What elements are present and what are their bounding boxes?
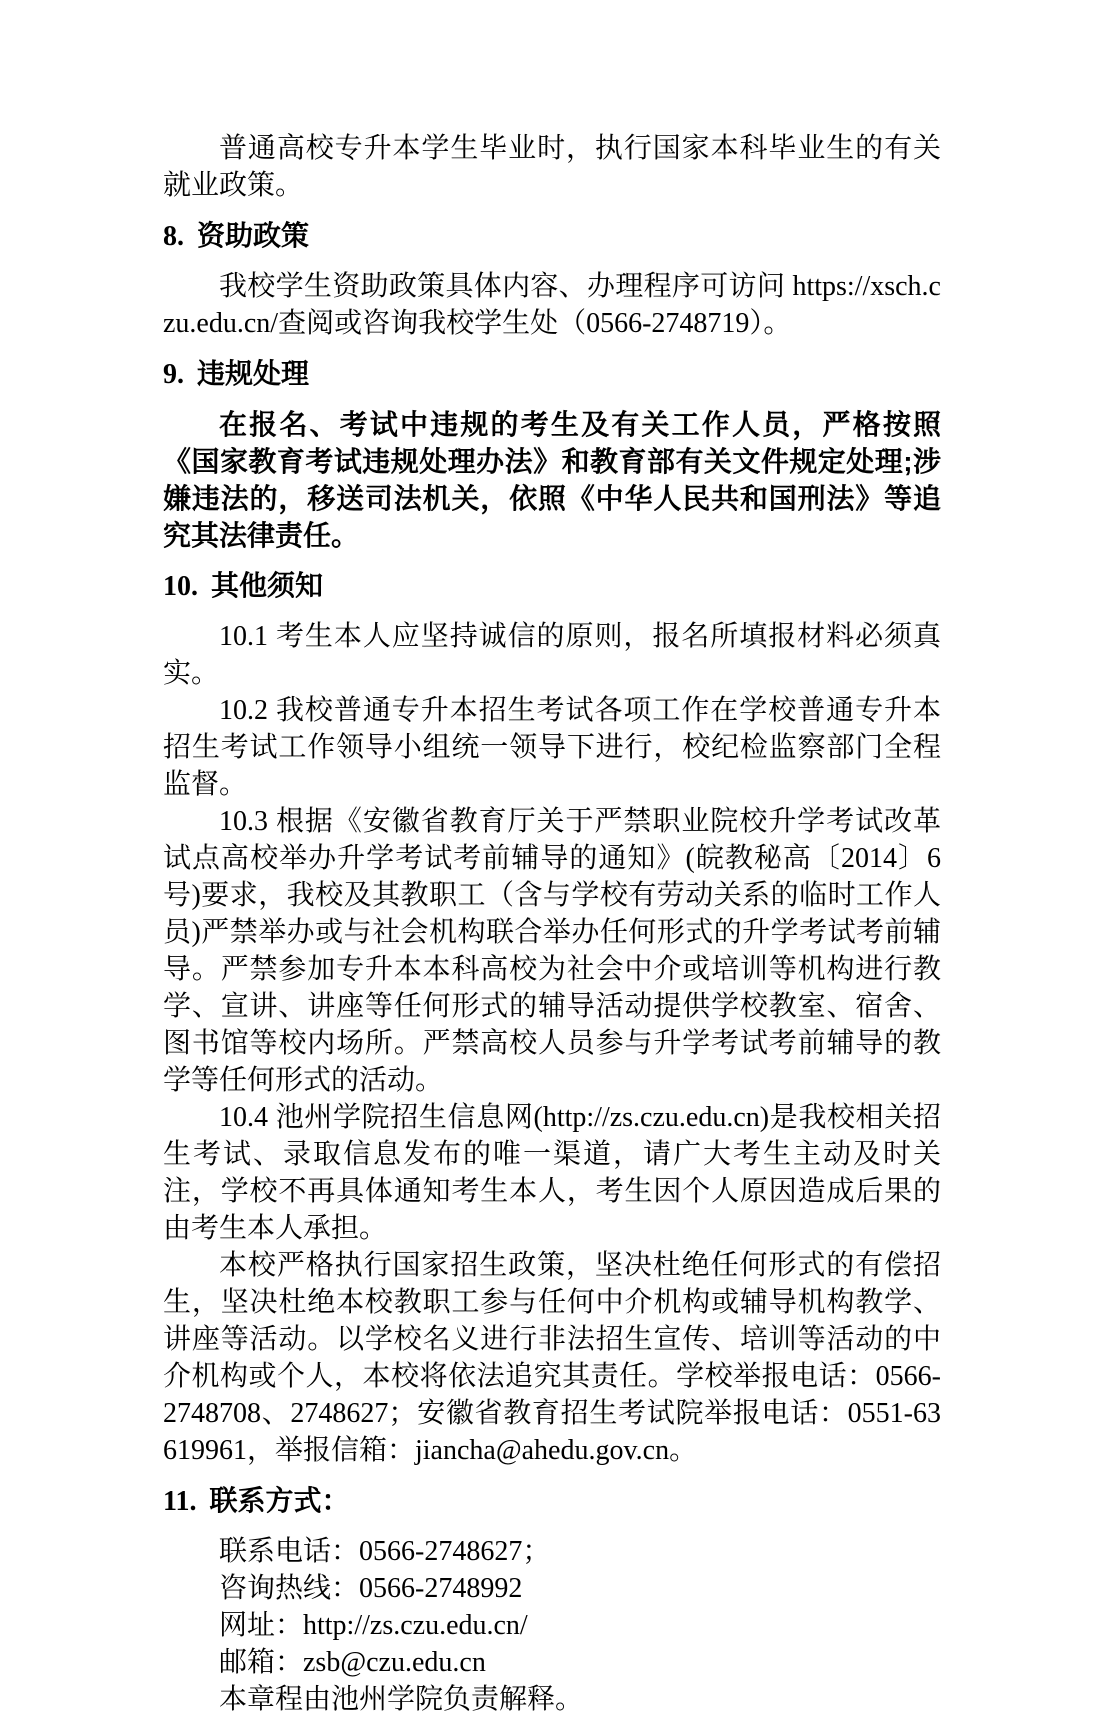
section-11-number: 11. [163, 1483, 196, 1520]
contact-website-line: 网址：http://zs.czu.edu.cn/ [163, 1607, 941, 1644]
section-10-paragraph-3: 10.3 根据《安徽省教育厅关于严禁职业院校升学考试改革试点高校举办升学考试考前… [163, 803, 941, 1099]
section-10-paragraph-4: 10.4 池州学院招生信息网(http://zs.czu.edu.cn)是我校相… [163, 1099, 941, 1247]
section-8-number: 8. [163, 218, 184, 255]
section-11-heading: 11.联系方式： [163, 1482, 941, 1520]
contact-email-line: 邮箱：zsb@czu.edu.cn [163, 1644, 941, 1681]
section-10-heading: 10.其他须知 [163, 567, 941, 605]
section-9-paragraph: 在报名、考试中违规的考生及有关工作人员，严格按照《国家教育考试违规处理办法》和教… [163, 406, 941, 554]
section-10-paragraph-2: 10.2 我校普通专升本招生考试各项工作在学校普通专升本招生考试工作领导小组统一… [163, 692, 941, 803]
section-contact-info: 11.联系方式： 联系电话：0566-2748627； 咨询热线：0566-27… [163, 1482, 941, 1718]
section-11-title: 联系方式： [209, 1485, 349, 1516]
section-8-heading: 8.资助政策 [163, 217, 941, 255]
section-9-title: 违规处理 [197, 358, 309, 389]
section-8-title: 资助政策 [197, 220, 309, 251]
section-10-paragraph-5: 本校严格执行国家招生政策，坚决杜绝任何形式的有偿招生，坚决杜绝本校教职工参与任何… [163, 1247, 941, 1469]
paragraph-employment-policy: 普通高校专升本学生毕业时，执行国家本科毕业生的有关就业政策。 [163, 130, 941, 204]
contact-phone-line: 联系电话：0566-2748627； [163, 1533, 941, 1570]
document-page: 普通高校专升本学生毕业时，执行国家本科毕业生的有关就业政策。 8.资助政策 我校… [0, 0, 1102, 1559]
section-9-number: 9. [163, 356, 184, 393]
contact-hotline-line: 咨询热线：0566-2748992 [163, 1570, 941, 1607]
section-8-paragraph: 我校学生资助政策具体内容、办理程序可访问 https://xsch.czu.ed… [163, 268, 941, 342]
section-other-notes: 10.其他须知 10.1 考生本人应坚持诚信的原则，报名所填报材料必须真实。 1… [163, 567, 941, 1469]
interpretation-statement: 本章程由池州学院负责解释。 [163, 1681, 941, 1718]
contact-block: 联系电话：0566-2748627； 咨询热线：0566-2748992 网址：… [163, 1533, 941, 1718]
section-10-number: 10. [163, 568, 198, 605]
section-funding-policy: 8.资助政策 我校学生资助政策具体内容、办理程序可访问 https://xsch… [163, 217, 941, 342]
section-10-paragraph-1: 10.1 考生本人应坚持诚信的原则，报名所填报材料必须真实。 [163, 618, 941, 692]
section-9-heading: 9.违规处理 [163, 355, 941, 393]
section-10-title: 其他须知 [211, 570, 323, 601]
section-violation-handling: 9.违规处理 在报名、考试中违规的考生及有关工作人员，严格按照《国家教育考试违规… [163, 355, 941, 554]
